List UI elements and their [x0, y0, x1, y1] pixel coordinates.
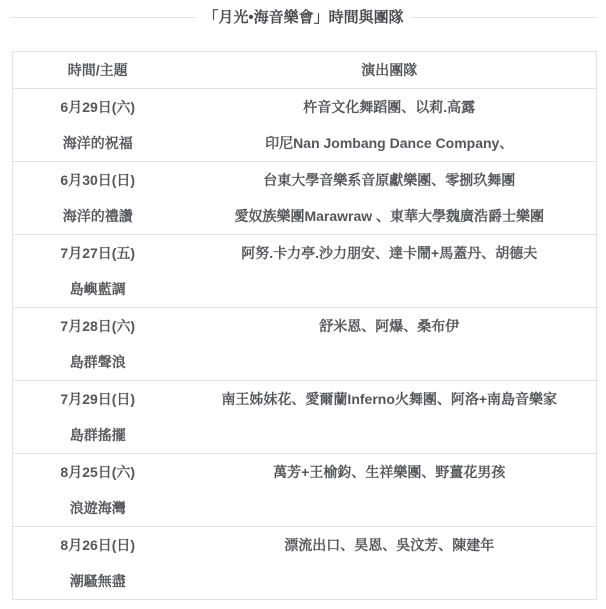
event-theme: 潮騷無盡 [13, 563, 183, 599]
date-theme-cell: 6月30日(日)海洋的禮讚 [13, 162, 183, 235]
performers-cell: 漂流出口、昊恩、吳汶芳、陳建年 [183, 527, 597, 600]
event-date: 6月30日(日) [13, 162, 183, 198]
performers-cell: 舒米恩、阿爆、桑布伊 [183, 308, 597, 381]
performers-line-2 [183, 490, 597, 526]
performers-line-1: 阿努.卡力亭.沙力朋安、達卡鬧+馬蓋丹、胡德夫 [183, 235, 597, 271]
performers-line-2 [183, 271, 597, 307]
table-row: 7月29日(日)島群搖擺南王姊妹花、愛爾蘭Inferno火舞團、阿洛+南島音樂家 [13, 381, 597, 454]
title-rule-left [10, 17, 196, 18]
performers-line-1: 台東大學音樂系音原獻樂團、零捌玖舞團 [183, 162, 597, 198]
date-theme-cell: 7月28日(六)島群聲浪 [13, 308, 183, 381]
performers-line-2 [183, 563, 597, 599]
performers-line-2: 愛奴族樂團Marawraw 、東華大學魏廣浩爵士樂團 [183, 198, 597, 234]
performers-cell: 杵音文化舞蹈團、以莉.高露印尼Nan Jombang Dance Company… [183, 89, 597, 162]
event-theme: 島嶼藍調 [13, 271, 183, 307]
performers-line-2: 印尼Nan Jombang Dance Company、 [183, 125, 597, 161]
schedule-table: 時間/主題 演出團隊 6月29日(六)海洋的祝福杵音文化舞蹈團、以莉.高露印尼N… [12, 51, 597, 600]
column-header-performers: 演出團隊 [183, 52, 597, 89]
performers-cell: 台東大學音樂系音原獻樂團、零捌玖舞團愛奴族樂團Marawraw 、東華大學魏廣浩… [183, 162, 597, 235]
column-header-time-theme: 時間/主題 [13, 52, 183, 89]
performers-line-1: 萬芳+王榆鈞、生祥樂團、野薑花男孩 [183, 454, 597, 490]
table-row: 8月26日(日)潮騷無盡漂流出口、昊恩、吳汶芳、陳建年 [13, 527, 597, 600]
performers-cell: 南王姊妹花、愛爾蘭Inferno火舞團、阿洛+南島音樂家 [183, 381, 597, 454]
table-row: 8月25日(六)浪遊海灣萬芳+王榆鈞、生祥樂團、野薑花男孩 [13, 454, 597, 527]
schedule-table-body: 6月29日(六)海洋的祝福杵音文化舞蹈團、以莉.高露印尼Nan Jombang … [13, 89, 597, 600]
event-theme: 島群聲浪 [13, 344, 183, 380]
performers-cell: 萬芳+王榆鈞、生祥樂團、野薑花男孩 [183, 454, 597, 527]
performers-line-1: 漂流出口、昊恩、吳汶芳、陳建年 [183, 527, 597, 563]
date-theme-cell: 7月27日(五)島嶼藍調 [13, 235, 183, 308]
event-date: 7月29日(日) [13, 381, 183, 417]
date-theme-cell: 7月29日(日)島群搖擺 [13, 381, 183, 454]
performers-cell: 阿努.卡力亭.沙力朋安、達卡鬧+馬蓋丹、胡德夫 [183, 235, 597, 308]
event-theme: 海洋的禮讚 [13, 198, 183, 234]
event-date: 7月27日(五) [13, 235, 183, 271]
event-date: 6月29日(六) [13, 89, 183, 125]
event-theme: 浪遊海灣 [13, 490, 183, 526]
date-theme-cell: 8月26日(日)潮騷無盡 [13, 527, 183, 600]
performers-line-1: 南王姊妹花、愛爾蘭Inferno火舞團、阿洛+南島音樂家 [183, 381, 597, 417]
section-title-divider: 「月光•海音樂會」時間與團隊 [10, 9, 597, 26]
table-row: 7月28日(六)島群聲浪舒米恩、阿爆、桑布伊 [13, 308, 597, 381]
table-row: 6月29日(六)海洋的祝福杵音文化舞蹈團、以莉.高露印尼Nan Jombang … [13, 89, 597, 162]
title-rule-right [411, 17, 597, 18]
event-date: 8月25日(六) [13, 454, 183, 490]
event-theme: 海洋的祝福 [13, 125, 183, 161]
performers-line-1: 舒米恩、阿爆、桑布伊 [183, 308, 597, 344]
date-theme-cell: 8月25日(六)浪遊海灣 [13, 454, 183, 527]
event-date: 7月28日(六) [13, 308, 183, 344]
table-row: 7月27日(五)島嶼藍調阿努.卡力亭.沙力朋安、達卡鬧+馬蓋丹、胡德夫 [13, 235, 597, 308]
event-date: 8月26日(日) [13, 527, 183, 563]
page-title: 「月光•海音樂會」時間與團隊 [196, 9, 410, 26]
performers-line-2 [183, 344, 597, 380]
date-theme-cell: 6月29日(六)海洋的祝福 [13, 89, 183, 162]
performers-line-1: 杵音文化舞蹈團、以莉.高露 [183, 89, 597, 125]
table-header-row: 時間/主題 演出團隊 [13, 52, 597, 89]
event-theme: 島群搖擺 [13, 417, 183, 453]
table-row: 6月30日(日)海洋的禮讚台東大學音樂系音原獻樂團、零捌玖舞團愛奴族樂團Mara… [13, 162, 597, 235]
performers-line-2 [183, 417, 597, 453]
